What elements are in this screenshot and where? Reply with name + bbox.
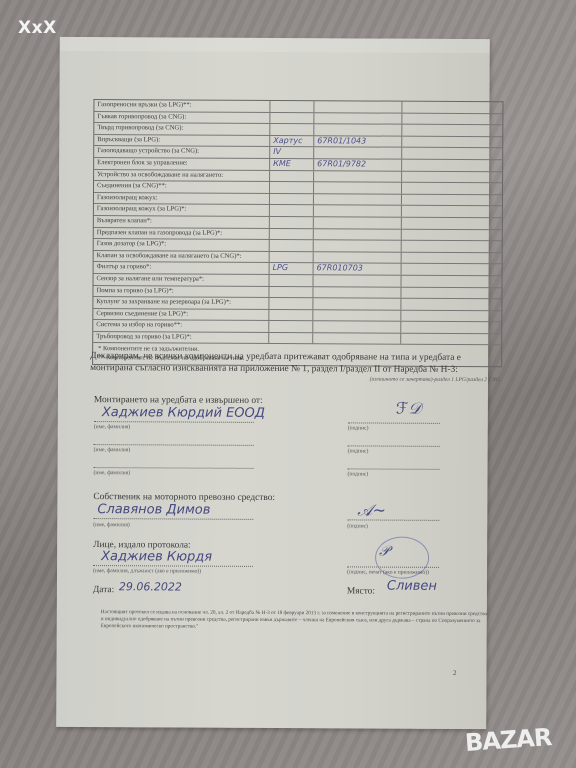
- extra-cell: [402, 264, 502, 275]
- approval-number-cell: [313, 310, 401, 321]
- manufacturer-cell: [270, 275, 314, 286]
- issuer-name-caption: (име, фамилия, длъжност (ако е приложимо…: [93, 568, 201, 575]
- legal-footer: Настоящият протокол се издава на основан…: [101, 609, 491, 632]
- manufacturer-cell: LPG: [270, 263, 314, 274]
- declaration-note: (излишното се зачертава)-раздел 1 LPG/ра…: [90, 374, 500, 384]
- issuer-sign-caption: (подпис, печат (ако е приложимо)): [347, 569, 429, 575]
- date-value: 29.06.2022: [119, 580, 182, 593]
- watermark-logo-bottom: BAZAR: [464, 723, 552, 757]
- manufacturer-cell: IV: [270, 147, 314, 158]
- installer-1-name: Хаджиев Кюрдий ЕООД: [102, 405, 265, 421]
- component-label: Впръскващи (за LPG):: [94, 135, 270, 147]
- approval-number-cell: [314, 206, 402, 217]
- component-label: Газов дозатор (за LPG)*:: [94, 239, 270, 251]
- manufacturer-cell: [270, 101, 314, 112]
- extra-cell: [402, 206, 502, 217]
- component-label: Възвратен клапан*:: [94, 216, 270, 228]
- approval-number-cell: [314, 252, 402, 263]
- approval-number-cell: 67R010703: [314, 264, 402, 275]
- installer-2-sign-caption: (подпис): [348, 448, 369, 454]
- manufacturer-cell: [270, 194, 314, 205]
- owner-name-caption: (име, фамилия): [93, 522, 130, 528]
- approval-number-cell: [313, 287, 401, 298]
- extra-cell: [402, 252, 502, 263]
- approval-number-cell: 67R01/9782: [314, 159, 402, 170]
- approval-number-cell: [314, 182, 402, 193]
- extra-cell: [402, 276, 502, 287]
- component-label: Предпазен клапан на газопровода (за LPG)…: [94, 228, 270, 240]
- page-number: 2: [453, 669, 457, 677]
- extra-cell: [401, 310, 501, 321]
- manufacturer-cell: [270, 171, 314, 182]
- component-label: Газоизолиращ кожух (за LPG)*:: [94, 204, 270, 216]
- manufacturer-cell: [270, 205, 314, 216]
- installer-1-sign-caption: (подпис): [348, 425, 369, 431]
- extra-cell: [402, 113, 502, 124]
- component-label: Тръбопровод за гориво (за LPG)*:: [93, 332, 269, 344]
- extra-cell: [402, 194, 502, 205]
- manufacturer-cell: [270, 124, 314, 135]
- date-label: Дата:: [93, 585, 114, 595]
- component-label: Система за избор на гориво**:: [93, 320, 269, 332]
- extra-cell: [402, 148, 502, 159]
- manufacturer-cell: [270, 252, 314, 263]
- installer-2-name-caption: (име, фамилия): [94, 447, 131, 453]
- extra-cell: [402, 125, 502, 136]
- owner-sign-line: [347, 519, 439, 520]
- approval-number-cell: [313, 298, 401, 309]
- manufacturer-cell: [269, 286, 313, 297]
- component-label: Газоизолиращ кожух:: [94, 193, 270, 205]
- issuer-name-line: [93, 565, 253, 567]
- approval-number-cell: [314, 101, 402, 112]
- owner-signature: 𝒜~: [357, 500, 386, 520]
- extra-cell: [402, 102, 502, 113]
- extra-cell: [402, 218, 502, 229]
- owner-name-line: [93, 518, 253, 520]
- component-label: Сервизно съединение (за LPG)*:: [93, 309, 269, 321]
- component-label: Електронен блок за управление:: [94, 158, 270, 170]
- manufacturer-cell: КМЕ: [270, 159, 314, 170]
- place-label: Място:: [347, 586, 375, 596]
- extra-cell: [402, 229, 502, 240]
- manufacturer-cell: [270, 229, 314, 240]
- component-label: Устройство за освобождаване на наляганет…: [94, 170, 270, 182]
- issuer-signature: 𝒫: [379, 544, 389, 560]
- declaration-section: Декларирам, че всички компоненти на уред…: [90, 350, 500, 384]
- installer-1-name-line: [94, 421, 254, 423]
- extra-cell: [402, 160, 502, 171]
- extra-cell: [402, 241, 502, 252]
- component-label: Газоподаващо устройство (за CNG):: [94, 146, 270, 158]
- approval-number-cell: [314, 217, 402, 228]
- approval-number-cell: 67R01/1043: [314, 136, 402, 147]
- approval-number-cell: [314, 171, 402, 182]
- component-label: Клапан за освобождаване на налягането (з…: [94, 251, 270, 263]
- extra-cell: [402, 183, 502, 194]
- manufacturer-cell: Хартус: [270, 136, 314, 147]
- extra-cell: [402, 171, 502, 182]
- extra-cell: [401, 334, 501, 345]
- manufacturer-cell: [270, 182, 314, 193]
- component-label: Газопреносни връзки (за LPG)**:: [94, 100, 270, 112]
- manufacturer-cell: [270, 240, 314, 251]
- approval-number-cell: [313, 321, 401, 332]
- installer-1-sign-line: [348, 422, 440, 423]
- installer-1-name-caption: (име, фамилия): [94, 424, 131, 430]
- component-label: Съединения (за CNG)**:: [94, 181, 270, 193]
- manufacturer-cell: [269, 310, 313, 321]
- manufacturer-cell: [269, 298, 313, 309]
- approval-number-cell: [314, 148, 402, 159]
- component-label: Филтър за гориво*:: [94, 262, 270, 274]
- manufacturer-cell: [270, 113, 314, 124]
- approval-number-cell: [314, 229, 402, 240]
- approval-number-cell: [314, 275, 402, 286]
- extra-cell: [402, 136, 502, 147]
- installer-3-name-line: [94, 467, 254, 469]
- approval-number-cell: [314, 194, 402, 205]
- component-label: Гъвкав горивопровод (за CNG):: [94, 112, 270, 124]
- approval-number-cell: [314, 240, 402, 251]
- component-label: Куплунг за захранване на резервоара (за …: [93, 297, 269, 309]
- approval-number-cell: [314, 113, 402, 124]
- extra-cell: [401, 299, 501, 310]
- owner-sign-caption: (подпис): [347, 523, 368, 529]
- extra-cell: [401, 322, 501, 333]
- installer-3-sign-line: [348, 468, 440, 469]
- installer-1-signature: ℱ𝒟: [396, 399, 421, 419]
- manufacturer-cell: [270, 217, 314, 228]
- installer-2-name-line: [94, 444, 254, 446]
- approval-number-cell: [313, 333, 401, 344]
- installer-2-sign-line: [348, 445, 440, 446]
- watermark-logo-top: XxX: [18, 18, 57, 38]
- place-value: Сливен: [387, 579, 437, 594]
- issuer-name: Хаджиев Кюрдя: [101, 549, 212, 565]
- installer-3-sign-caption: (подпис): [348, 471, 369, 477]
- components-table: Газопреносни връзки (за LPG)**:Гъвкав го…: [92, 99, 503, 368]
- component-label: Помпа за гориво (за LPG)*:: [93, 286, 269, 298]
- owner-name: Славянов Димов: [97, 502, 210, 518]
- manufacturer-cell: [269, 333, 313, 344]
- installer-3-name-caption: (име, фамилия): [94, 470, 131, 476]
- declaration-text: Декларирам, че всички компоненти на уред…: [90, 350, 500, 376]
- document-page: Газопреносни връзки (за LPG)**:Гъвкав го…: [56, 37, 490, 729]
- approval-number-cell: [314, 124, 402, 135]
- component-label: Твърд горивопровод (за CNG):: [94, 123, 270, 135]
- manufacturer-cell: [269, 321, 313, 332]
- extra-cell: [401, 287, 501, 298]
- component-label: Сензор за налягане или температура*:: [94, 274, 270, 286]
